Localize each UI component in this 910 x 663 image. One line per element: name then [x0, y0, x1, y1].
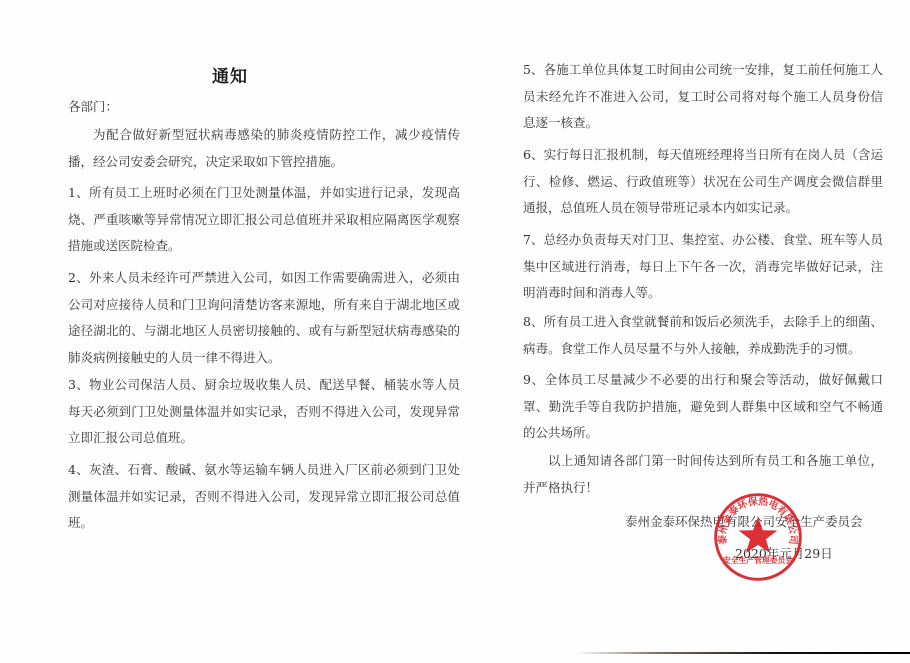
item-4: 4、灰渣、石膏、酸碱、氨水等运输车辆人员进入厂区前必须到门卫处测量体温并如实记录…: [68, 457, 460, 537]
svg-text:安全生产管理委员会: 安全生产管理委员会: [723, 555, 794, 565]
document-page: 通知 各部门： 为配合做好新型冠状病毒感染的肺炎疫情防控工作，减少疫情传播，经公…: [0, 0, 910, 663]
official-seal-stamp: 泰州金泰环保热电有限公司 安全生产管理委员会: [712, 491, 804, 583]
item-3: 3、物业公司保洁人员、厨余垃圾收集人员、配送早餐、桶装水等人员每天必须到门卫处测…: [68, 372, 460, 452]
item-8: 8、所有员工进入食堂就餐前和饭后必须洗手，去除手上的细菌、病毒。食堂工作人员尽量…: [523, 309, 883, 362]
item-7: 7、总经办负责每天对门卫、集控室、办公楼、食堂、班车等人员集中区域进行消毒，每日…: [523, 227, 883, 307]
salutation: 各部门：: [68, 97, 118, 115]
page-edge-shadow: [575, 652, 910, 654]
document-title: 通知: [212, 62, 248, 87]
closing-paragraph: 以上通知请各部门第一时间传达到所有员工和各施工单位，并严格执行！: [523, 448, 883, 501]
intro-paragraph: 为配合做好新型冠状病毒感染的肺炎疫情防控工作，减少疫情传播，经公司安委会研究，决…: [68, 122, 460, 175]
item-2: 2、外来人员未经许可严禁进入公司，如因工作需要确需进入，必须由公司对应接待人员和…: [68, 265, 460, 371]
item-1: 1、所有员工上班时必须在门卫处测量体温，并如实进行记录，发现高烧、严重咳嗽等异常…: [68, 180, 460, 260]
item-5: 5、各施工单位具体复工时间由公司统一安排，复工前任何施工人员未经允许不准进入公司…: [523, 57, 883, 137]
star-icon: [739, 517, 778, 553]
item-6: 6、实行每日汇报机制，每天值班经理将当日所有在岗人员（含运行、检修、燃运、行政值…: [523, 142, 883, 222]
item-9: 9、全体员工尽量减少不必要的出行和聚会等活动，做好佩戴口罩、勤洗手等自我防护措施…: [523, 367, 883, 447]
